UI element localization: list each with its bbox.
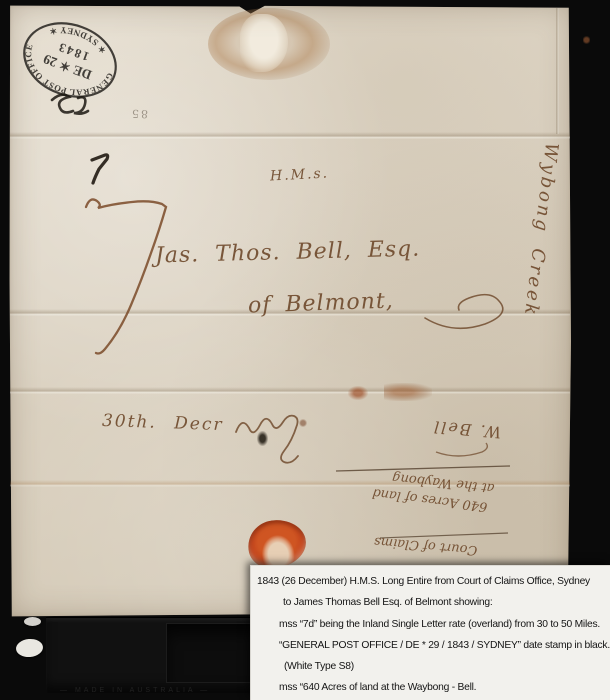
address-line-2: of Belmont, <box>248 288 395 318</box>
card-line: “GENERAL POST OFFICE / DE * 29 / 1843 / … <box>279 635 610 656</box>
pencil-number: 85 <box>130 107 148 121</box>
black-rate-tick: 7 <box>92 155 108 183</box>
card-line: mss “640 Acres of land at the Waybong - … <box>279 677 610 698</box>
hms-frank: H.M.s. <box>270 165 330 184</box>
card-line: mss “7d” being the Inland Single Letter … <box>279 614 610 635</box>
date-flourish <box>236 416 298 463</box>
card-line: to James Thomas Bell Esq. of Belmont sho… <box>283 592 610 613</box>
address-flourish <box>425 295 503 329</box>
album-page-photo: — MADE IN AUSTRALIA — GENERAL POST OFFIC… <box>0 0 610 700</box>
rate-mark-7: 7 <box>86 199 166 353</box>
card-line: 1843 (26 December) H.M.S. Long Entire fr… <box>257 571 610 592</box>
date-manuscript: 30th. Decr <box>102 411 224 435</box>
docket-swash <box>436 443 487 456</box>
description-card: 1843 (26 December) H.M.S. Long Entire fr… <box>250 565 610 700</box>
black-official-squiggle <box>52 95 88 114</box>
docket-rule-line-1 <box>336 466 510 471</box>
card-line: (White Type S8) <box>284 656 610 677</box>
